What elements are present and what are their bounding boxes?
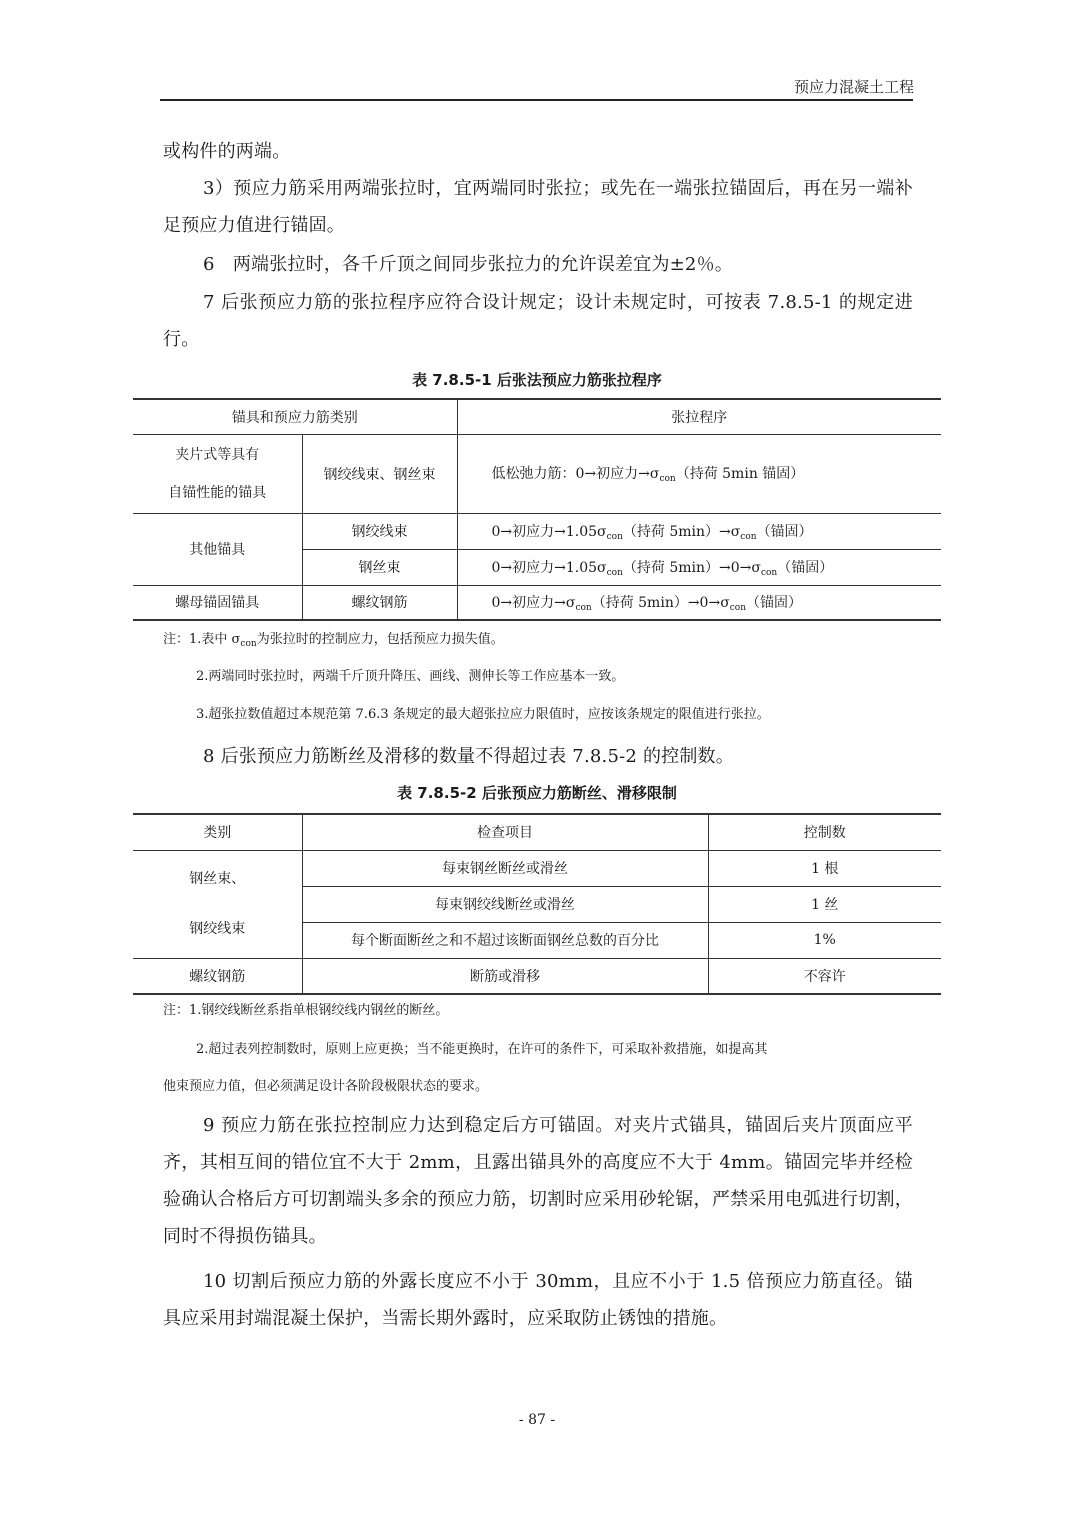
table2-cell-limit: 1 根 — [708, 850, 941, 886]
table2-cell-category: 钢丝束、 钢绞线束 — [133, 850, 302, 958]
table2-header-limit: 控制数 — [708, 814, 941, 850]
table1-note-2: 2.两端同时张拉时，两端千斤顶升降压、画线、测伸长等工作应基本一致。 — [163, 660, 923, 694]
table2-cell-item: 断筋或滑移 — [302, 958, 708, 994]
paragraph-continuation: 或构件的两端。 — [163, 133, 913, 170]
paragraph-item-9: 9 预应力筋在张拉控制应力达到稳定后方可锚固。对夹片式锚具，锚固后夹片顶面应平齐… — [163, 1107, 913, 1255]
table1-cell-procedure: 0→初应力→1.05σcon（持荷 5min）→σcon（锚固） — [457, 513, 941, 549]
table1-cell-anchor: 夹片式等具有 自锚性能的锚具 — [133, 434, 302, 513]
table1-cell-procedure: 0→初应力→1.05σcon（持荷 5min）→0→σcon（锚固） — [457, 549, 941, 585]
table2-note-1: 注：1.钢绞线断丝系指单根钢绞线内钢丝的断丝。 — [163, 994, 923, 1028]
running-header-title: 预应力混凝土工程 — [794, 76, 914, 97]
paragraph-item-3: 3）预应力筋采用两端张拉时，宜两端同时张拉；或先在一端张拉锚固后，再在另一端补足… — [163, 170, 913, 244]
table-row: 夹片式等具有 自锚性能的锚具 钢绞线束、钢丝束 低松弛力筋：0→初应力→σcon… — [133, 434, 941, 513]
table1-cell-tendon: 钢绞线束 — [302, 513, 457, 549]
table-row: 钢丝束、 钢绞线束 每束钢丝断丝或滑丝 1 根 — [133, 850, 941, 886]
paragraph-item-7: 7 后张预应力筋的张拉程序应符合设计规定；设计未规定时，可按表 7.8.5-1 … — [163, 284, 913, 358]
table1-header-category: 锚具和预应力筋类别 — [133, 399, 457, 434]
table1-cell-tendon: 螺纹钢筋 — [302, 585, 457, 620]
table1-cell-anchor: 螺母锚固锚具 — [133, 585, 302, 620]
paragraph-item-6: 6 两端张拉时，各千斤顶之间同步张拉力的允许误差宜为±2％。 — [163, 246, 913, 283]
page-number: - 87 - — [0, 1412, 1074, 1428]
table1-cell-procedure: 低松弛力筋：0→初应力→σcon（持荷 5min 锚固） — [457, 434, 941, 513]
table2-cell-item: 每束钢绞线断丝或滑丝 — [302, 886, 708, 922]
table2-header-category: 类别 — [133, 814, 302, 850]
table2-cell-item: 每个断面断丝之和不超过该断面钢丝总数的百分比 — [302, 922, 708, 958]
table1-header-procedure: 张拉程序 — [457, 399, 941, 434]
table1-cell-procedure: 0→初应力→σcon（持荷 5min）→0→σcon（锚固） — [457, 585, 941, 620]
table-row: 螺纹钢筋 断筋或滑移 不容许 — [133, 958, 941, 994]
table-tensioning-procedure: 锚具和预应力筋类别 张拉程序 夹片式等具有 自锚性能的锚具 钢绞线束、钢丝束 低… — [133, 398, 941, 621]
table2-cell-limit: 不容许 — [708, 958, 941, 994]
table1-title: 表 7.8.5-1 后张法预应力筋张拉程序 — [0, 369, 1074, 390]
table1-cell-tendon: 钢绞线束、钢丝束 — [302, 434, 457, 513]
header-rule — [160, 99, 913, 101]
table2-cell-limit: 1 丝 — [708, 886, 941, 922]
table1-note-1: 注：1.表中 σcon为张拉时的控制应力，包括预应力损失值。 — [163, 623, 923, 661]
table2-cell-item: 每束钢丝断丝或滑丝 — [302, 850, 708, 886]
table2-title: 表 7.8.5-2 后张预应力筋断丝、滑移限制 — [0, 782, 1074, 803]
table-row: 其他锚具 钢绞线束 0→初应力→1.05σcon（持荷 5min）→σcon（锚… — [133, 513, 941, 549]
table2-cell-category: 螺纹钢筋 — [133, 958, 302, 994]
table2-header-item: 检查项目 — [302, 814, 708, 850]
table2-cell-limit: 1% — [708, 922, 941, 958]
table1-cell-tendon: 钢丝束 — [302, 549, 457, 585]
table2-note-2: 2.超过表列控制数时，原则上应更换；当不能更换时，在许可的条件下，可采取补救措施… — [163, 1033, 923, 1067]
paragraph-item-8: 8 后张预应力筋断丝及滑移的数量不得超过表 7.8.5-2 的控制数。 — [163, 738, 913, 775]
table1-cell-anchor: 其他锚具 — [133, 513, 302, 585]
paragraph-item-10: 10 切割后预应力筋的外露长度应不小于 30mm，且应不小于 1.5 倍预应力筋… — [163, 1263, 913, 1337]
table1-note-3: 3.超张拉数值超过本规范第 7.6.3 条规定的最大超张拉应力限值时，应按该条规… — [163, 698, 923, 732]
table2-note-2-continued: 他束预应力值，但必须满足设计各阶段极限状态的要求。 — [163, 1070, 923, 1104]
table-wire-break-limits: 类别 检查项目 控制数 钢丝束、 钢绞线束 每束钢丝断丝或滑丝 1 根 每束钢绞… — [133, 813, 941, 995]
table-row: 螺母锚固锚具 螺纹钢筋 0→初应力→σcon（持荷 5min）→0→σcon（锚… — [133, 585, 941, 620]
